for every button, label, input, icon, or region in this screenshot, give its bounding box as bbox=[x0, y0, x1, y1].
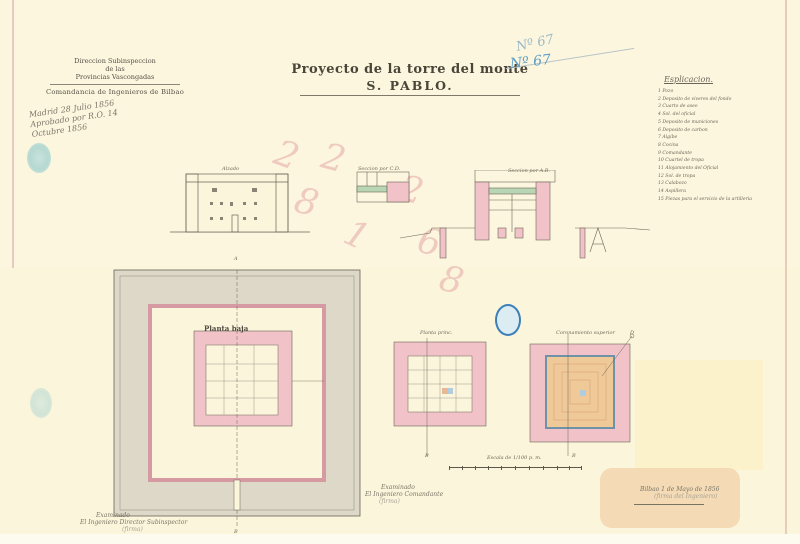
signature-line: El Ingeniero Director Subinspector bbox=[80, 519, 187, 526]
axis-marker: A bbox=[234, 256, 238, 262]
scale-label: Escala de 1/100 p. m. bbox=[487, 455, 542, 461]
legend-item: 13 Calabozo bbox=[658, 180, 775, 188]
signature-line: (firma) bbox=[122, 526, 187, 533]
axis-marker: D bbox=[630, 330, 634, 336]
legend-item: 9 Comandante bbox=[658, 150, 775, 158]
signature-right: Bilbao 1 de Mayo de 1856 (firma del Inge… bbox=[640, 486, 719, 505]
legend-item: 8 Cocina bbox=[658, 142, 775, 150]
legend-item: 12 Sol. de tropa bbox=[658, 173, 775, 181]
legend-item: 10 Cuartel de tropa bbox=[658, 157, 775, 165]
section-ab-drawing bbox=[400, 170, 650, 260]
seal-stamp-icon bbox=[30, 388, 52, 418]
signature-line: Bilbao 1 de Mayo de 1856 bbox=[640, 486, 719, 493]
legend-item: 5 Deposito de municiones bbox=[658, 119, 775, 127]
signature-line: (firma) bbox=[379, 498, 443, 505]
stain-patch bbox=[635, 360, 763, 470]
legend-item: 14 Aspillera bbox=[658, 188, 775, 196]
main-floor-label: Planta princ. bbox=[420, 330, 453, 336]
legend-item: 4 Sol. del oficial bbox=[658, 111, 775, 119]
axis-marker: B bbox=[425, 453, 429, 459]
title-line-2: S. PABLO. bbox=[280, 78, 540, 93]
legend-item: 1 Pozo bbox=[658, 88, 775, 96]
scale-bar bbox=[449, 467, 582, 471]
office-line: Provincias Vascongadas bbox=[40, 73, 190, 81]
office-line: de las bbox=[40, 65, 190, 73]
plan-sheet: Direccion Subinspeccion de las Provincia… bbox=[0, 0, 800, 544]
legend-item: 6 Deposito de carbon bbox=[658, 127, 775, 135]
legend-title: Esplicacion. bbox=[664, 75, 775, 84]
signature-line: El Ingeniero Comandante bbox=[365, 491, 443, 498]
title-line-1: Proyecto de la torre del monte bbox=[280, 62, 540, 77]
ground-plan-label: Planta baja bbox=[204, 324, 248, 333]
paper-right-edge bbox=[785, 0, 787, 534]
signature-line: Examinado bbox=[96, 512, 187, 519]
divider bbox=[50, 84, 180, 85]
title-underline bbox=[300, 95, 520, 96]
page-title: Proyecto de la torre del monte S. PABLO. bbox=[280, 62, 540, 93]
main-floor-drawing bbox=[392, 338, 492, 458]
signature-left: Examinado El Ingeniero Director Subinspe… bbox=[80, 512, 187, 533]
legend: Esplicacion. 1 Pozo 2 Deposito de vivere… bbox=[650, 75, 775, 204]
axis-marker: B bbox=[572, 453, 576, 459]
legend-item: 2 Deposito de viveres del fondo bbox=[658, 96, 775, 104]
legend-item: 3 Cuarto de aseo bbox=[658, 103, 775, 111]
signature-line: Examinado bbox=[381, 484, 443, 491]
signature-rule bbox=[634, 504, 704, 505]
elevation-drawing bbox=[170, 160, 310, 240]
office-line: Direccion Subinspeccion bbox=[40, 57, 190, 65]
seal-stamp-icon bbox=[27, 143, 51, 173]
signature-center: Examinado El Ingeniero Comandante (firma… bbox=[365, 484, 443, 505]
roof-plan-drawing bbox=[528, 330, 638, 460]
paper-edge bbox=[12, 0, 14, 268]
command-line: Comandancia de Ingenieros de Bilbao bbox=[40, 88, 190, 96]
legend-item: 15 Piezas para el servicio de la artille… bbox=[658, 196, 775, 204]
legend-item: 11 Alojamiento del Oficial bbox=[658, 165, 775, 173]
ground-plan-drawing bbox=[112, 268, 362, 528]
office-block: Direccion Subinspeccion de las Provincia… bbox=[40, 57, 190, 96]
archive-stamp-icon bbox=[495, 304, 521, 336]
legend-item: 7 Algibe bbox=[658, 134, 775, 142]
paper-margin bbox=[0, 534, 800, 544]
signature-line: (firma del Ingeniero) bbox=[654, 493, 719, 500]
